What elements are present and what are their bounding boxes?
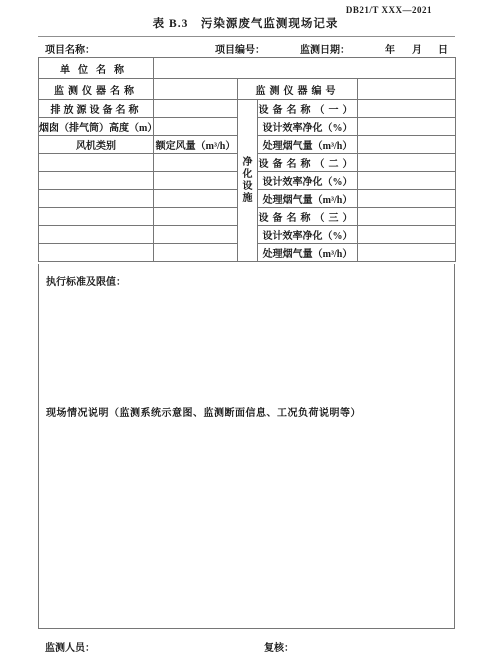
reviewer-label: 复核： (264, 639, 294, 654)
fan-type-cell (39, 244, 154, 262)
rated-airflow-cell (154, 244, 238, 262)
instrument-name-label: 监测仪器名称 (39, 79, 154, 100)
project-no-label: 项目编号： (215, 41, 265, 56)
fan-type-label: 风机类别 (39, 136, 154, 154)
monitor-date-label: 监测日期： (300, 41, 350, 56)
instrument-name-value-cell (154, 79, 238, 100)
year-label: 年 (385, 41, 395, 56)
rated-airflow-label: 额定风量（m³/h） (154, 136, 238, 154)
day-label: 日 (438, 41, 448, 56)
rated-airflow-cell (154, 208, 238, 226)
flue-gas-volume-3-label: 处理烟气量（m³/h） (258, 244, 358, 262)
device-name-3-value-cell (358, 208, 456, 226)
unit-name-label: 单位名称 (39, 58, 154, 79)
flue-gas-volume-2-value-cell (358, 190, 456, 208)
unit-name-value-cell (154, 58, 456, 79)
fan-type-cell (39, 172, 154, 190)
device-name-1-value-cell (358, 100, 456, 118)
design-efficiency-3-label: 设计效率净化（%） (258, 226, 358, 244)
page-title: 表 B.3 污染源废气监测现场记录 (0, 15, 491, 31)
purifier-facility-vertical-cell: 净化设施 (238, 100, 258, 262)
scanned-form-page: DB21/T XXX—2021 表 B.3 污染源废气监测现场记录 项目名称： … (0, 0, 491, 664)
fan-type-cell (39, 190, 154, 208)
site-notes-label: 现场情况说明（监测系统示意图、监测断面信息、工况负荷说明等） (46, 404, 447, 419)
stack-height-label: 烟囱（排气筒）高度（m） (39, 118, 154, 136)
standards-limits-label: 执行标准及限值： (46, 273, 447, 288)
instrument-no-label: 监测仪器编号 (238, 79, 358, 100)
design-efficiency-1-label: 设计效率净化（%） (258, 118, 358, 136)
device-name-2-value-cell (358, 154, 456, 172)
flue-gas-volume-3-value-cell (358, 244, 456, 262)
rated-airflow-cell (154, 172, 238, 190)
monitor-staff-label: 监测人员： (45, 639, 95, 654)
device-name-3-label: 设备名称（三） (258, 208, 358, 226)
fan-type-cell (39, 208, 154, 226)
fan-type-cell (39, 154, 154, 172)
design-efficiency-3-value-cell (358, 226, 456, 244)
month-label: 月 (412, 41, 422, 56)
design-efficiency-2-value-cell (358, 172, 456, 190)
purifier-facility-label: 净化设施 (242, 157, 253, 205)
monitoring-form-table: 单位名称 监测仪器名称 监测仪器编号 排放源设备名称 净化设施 设备名称（一） … (38, 57, 456, 262)
rated-airflow-cell (154, 226, 238, 244)
design-efficiency-1-value-cell (358, 118, 456, 136)
fan-type-cell (39, 226, 154, 244)
project-header-row: 项目名称： 项目编号： 监测日期： 年 月 日 (38, 37, 455, 57)
design-efficiency-2-label: 设计效率净化（%） (258, 172, 358, 190)
stack-height-value-cell (154, 118, 238, 136)
flue-gas-volume-1-label: 处理烟气量（m³/h） (258, 136, 358, 154)
flue-gas-volume-2-label: 处理烟气量（m³/h） (258, 190, 358, 208)
device-name-1-label: 设备名称（一） (258, 100, 358, 118)
notes-section: 执行标准及限值： 现场情况说明（监测系统示意图、监测断面信息、工况负荷说明等） (38, 264, 455, 629)
emission-source-value-cell (154, 100, 238, 118)
emission-source-label: 排放源设备名称 (39, 100, 154, 118)
instrument-no-value-cell (358, 79, 456, 100)
flue-gas-volume-1-value-cell (358, 136, 456, 154)
rated-airflow-cell (154, 190, 238, 208)
rated-airflow-cell (154, 154, 238, 172)
project-name-label: 项目名称： (45, 41, 95, 56)
device-name-2-label: 设备名称（二） (258, 154, 358, 172)
standard-reference: DB21/T XXX—2021 (346, 5, 432, 15)
